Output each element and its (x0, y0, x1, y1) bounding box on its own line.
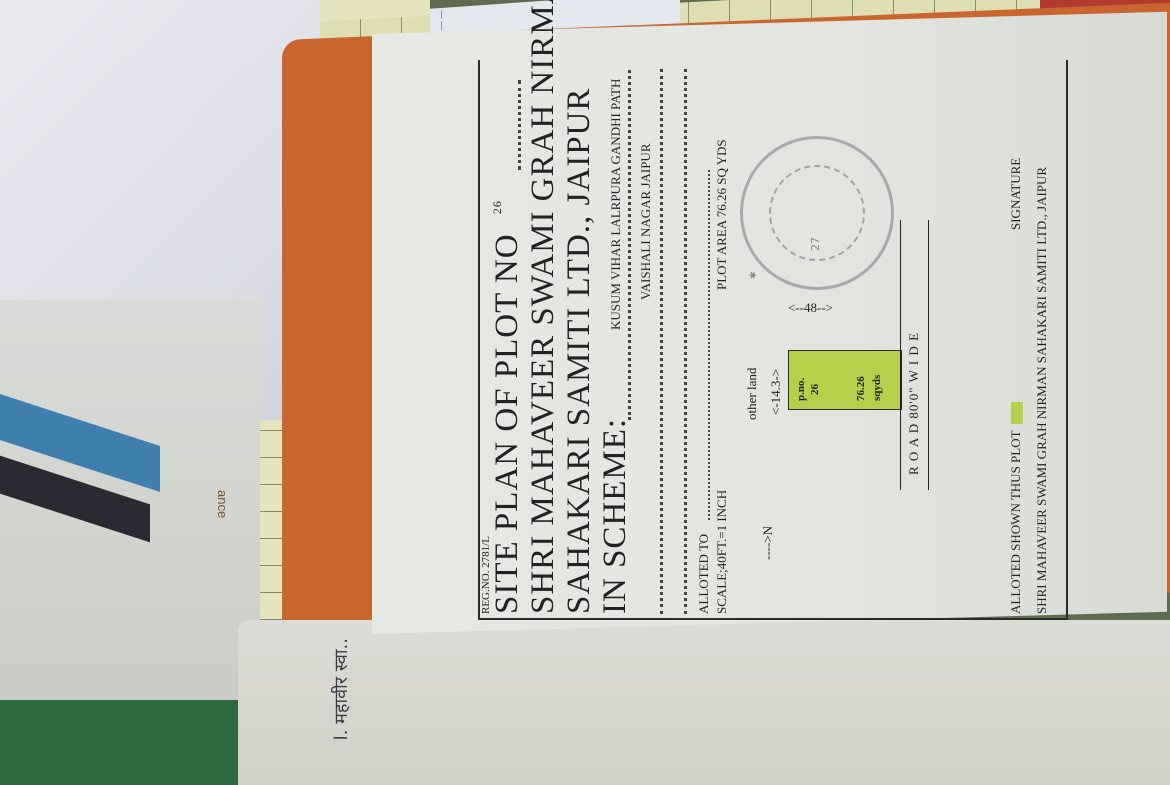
signature-label: SIGNATURE (1008, 158, 1024, 230)
alloted-to-label: ALLOTED TO (696, 534, 712, 614)
title-prefix: SITE PLAN OF PLOT NO (489, 233, 525, 614)
title-line-3: SAHAKARI SAMITI LTD., JAIPUR (562, 88, 596, 614)
depth-dimension: <--48--> (788, 300, 833, 316)
dotted-line (628, 70, 631, 420)
ledger-text: ance (215, 490, 230, 518)
background-green-table (0, 700, 240, 785)
site-plan-document: REG.NO. 2781/L SITE PLAN OF PLOT NO 26 S… (478, 60, 1058, 660)
road-edge-top (900, 220, 901, 490)
allotted-note: ALLOTED SHOWN THUS PLOT (1008, 402, 1024, 614)
stamp-date: 27 (809, 237, 822, 251)
plot-number: 26 (809, 384, 821, 395)
plot-label: p.no. (795, 378, 807, 401)
plot-26-highlight: p.no. 26 76.26 sqyds (788, 350, 902, 410)
scheme-label: IN SCHEME: (598, 418, 632, 614)
title-line-1: SITE PLAN OF PLOT NO 26 (490, 200, 530, 614)
plot-area-value-box: 76.26 (855, 376, 867, 401)
scheme-line-2: VAISHALI NAGAR JAIPUR (638, 144, 654, 301)
dotted-line (660, 69, 663, 614)
road-label: R O A D 80'0" W I D E (906, 332, 922, 475)
scheme-line-1: KUSUM VIHAR LALRPURA GANDHI PATH (608, 79, 624, 330)
plot-area: PLOT AREA 76.26 SQ YDS (714, 139, 730, 290)
plot-no: 26 (490, 200, 504, 214)
north-arrow: ---->N (760, 526, 776, 560)
dotted-line (518, 80, 521, 170)
green-legend-swatch (1011, 402, 1023, 424)
plot-area-label: PLOT AREA (714, 221, 729, 290)
plot-area-unit-box: sqyds (871, 375, 883, 401)
handwritten-note: l. महावीर स्वा.. (330, 628, 410, 778)
dotted-line (684, 69, 687, 614)
plot-area-unit: SQ YDS (714, 139, 729, 184)
stamp-ring-text: ✱ (749, 271, 759, 279)
road-edge-bottom (928, 220, 929, 490)
plot-area-value: 76.26 (714, 188, 729, 217)
allotted-note-text: ALLOTED SHOWN THUS PLOT (1008, 430, 1023, 614)
neighbor-label: other land (744, 368, 760, 420)
title-line-2: SHRI MAHAVEER SWAMI GRAH NIRMAN (526, 0, 560, 614)
footer-organization: SHRI MAHAVEER SWAMI GRAH NIRMAN SAHAKARI… (1034, 167, 1050, 614)
scale: SCALE;40FT.=1 INCH (714, 490, 730, 614)
dotted-line (708, 170, 710, 520)
ledger-label: ance (215, 490, 230, 518)
society-stamp: 27 ✱ (740, 136, 894, 290)
handwriting-text: l. महावीर स्वा.. (330, 638, 354, 740)
width-dimension: <-14.3-> (768, 369, 784, 415)
